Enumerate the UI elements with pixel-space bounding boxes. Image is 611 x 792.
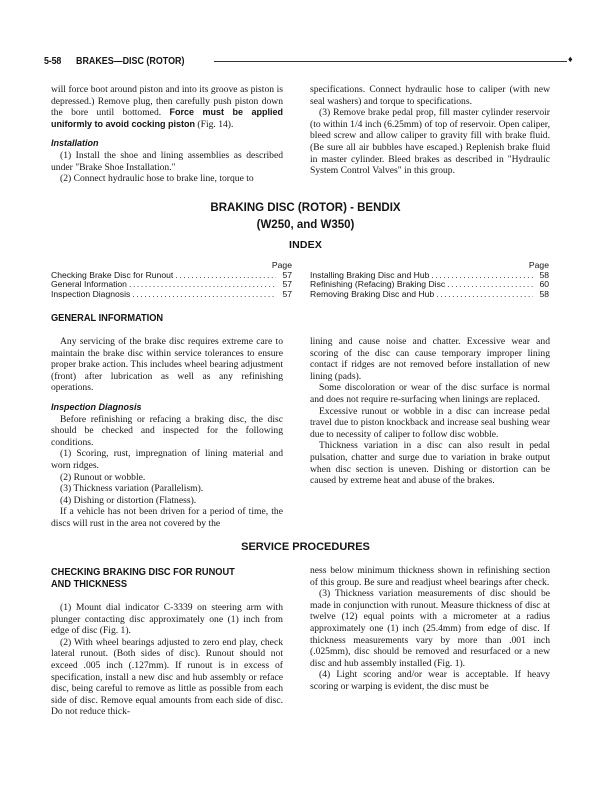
paragraph: Any servicing of the brake disc requires… xyxy=(51,336,283,394)
running-title: BRAKES—DISC (ROTOR) xyxy=(76,55,174,67)
index-right: Page Installing Braking Disc and Hub....… xyxy=(310,261,549,299)
installation-step-2: (2) Connect hydraulic hose to brake line… xyxy=(51,173,283,185)
installation-step-3: (3) Remove brake pedal prop, fill master… xyxy=(310,107,550,177)
procedure-step-1: (1) Mount dial indicator C-3339 on steer… xyxy=(51,602,283,637)
general-info-left-column: Any servicing of the brake disc requires… xyxy=(51,336,283,530)
index-entry[interactable]: Inspection Diagnosis....................… xyxy=(51,290,292,300)
paragraph: Some discoloration or wear of the disc s… xyxy=(310,382,550,405)
installation-step-1: (1) Install the shoe and lining assembli… xyxy=(51,150,283,173)
page-number: 5-58 xyxy=(44,55,64,67)
diamond-icon: ♦ xyxy=(568,54,573,64)
paragraph: If a vehicle has not been driven for a p… xyxy=(51,506,283,529)
index-left: Page Checking Brake Disc for Runout.....… xyxy=(51,261,292,299)
paragraph: Before refinishing or refacing a braking… xyxy=(51,414,283,449)
general-information-heading: GENERAL INFORMATION xyxy=(51,312,163,324)
header-rule xyxy=(214,61,567,62)
condition-item: (2) Runout or wobble. xyxy=(51,472,283,484)
paragraph: lining and cause noise and chatter. Exce… xyxy=(310,336,550,382)
condition-item: (3) Thickness variation (Parallelism). xyxy=(51,483,283,495)
procedure-step-2: (2) With wheel bearings adjusted to zero… xyxy=(51,637,283,718)
checking-disc-heading: CHECKING BRAKING DISC FOR RUNOUT AND THI… xyxy=(51,566,235,590)
top-left-column: will force boot around piston and into i… xyxy=(51,84,283,185)
procedure-step-4: (4) Light scoring and/or wear is accepta… xyxy=(310,669,550,692)
procedure-step-3: (3) Thickness variation measurements of … xyxy=(310,588,550,669)
paragraph: Excessive runout or wobble in a disc can… xyxy=(310,406,550,441)
installation-heading: Installation xyxy=(51,138,283,150)
service-procedures-heading: SERVICE PROCEDURES xyxy=(0,541,611,553)
index-entry[interactable]: Removing Braking Disc and Hub...........… xyxy=(310,290,549,300)
paragraph: will force boot around piston and into i… xyxy=(51,84,283,130)
inspection-diagnosis-heading: Inspection Diagnosis xyxy=(51,402,283,414)
paragraph: ness below minimum thickness shown in re… xyxy=(310,565,550,588)
service-left-column: (1) Mount dial indicator C-3339 on steer… xyxy=(51,602,283,718)
index-heading: INDEX xyxy=(0,239,611,251)
section-title-line2: (W250, and W350) xyxy=(0,219,611,231)
page-header: 5-58 BRAKES—DISC (ROTOR) ♦ xyxy=(44,54,474,68)
condition-item: (4) Dishing or distortion (Flatness). xyxy=(51,495,283,507)
condition-item: (1) Scoring, rust, impregnation of linin… xyxy=(51,448,283,471)
section-title-line1: BRAKING DISC (ROTOR) - BENDIX xyxy=(0,202,611,214)
paragraph: specifications. Connect hydraulic hose t… xyxy=(310,84,550,107)
top-right-column: specifications. Connect hydraulic hose t… xyxy=(310,84,550,177)
service-right-column: ness below minimum thickness shown in re… xyxy=(310,565,550,693)
paragraph: Thickness variation in a disc can also r… xyxy=(310,440,550,486)
general-info-right-column: lining and cause noise and chatter. Exce… xyxy=(310,336,550,487)
